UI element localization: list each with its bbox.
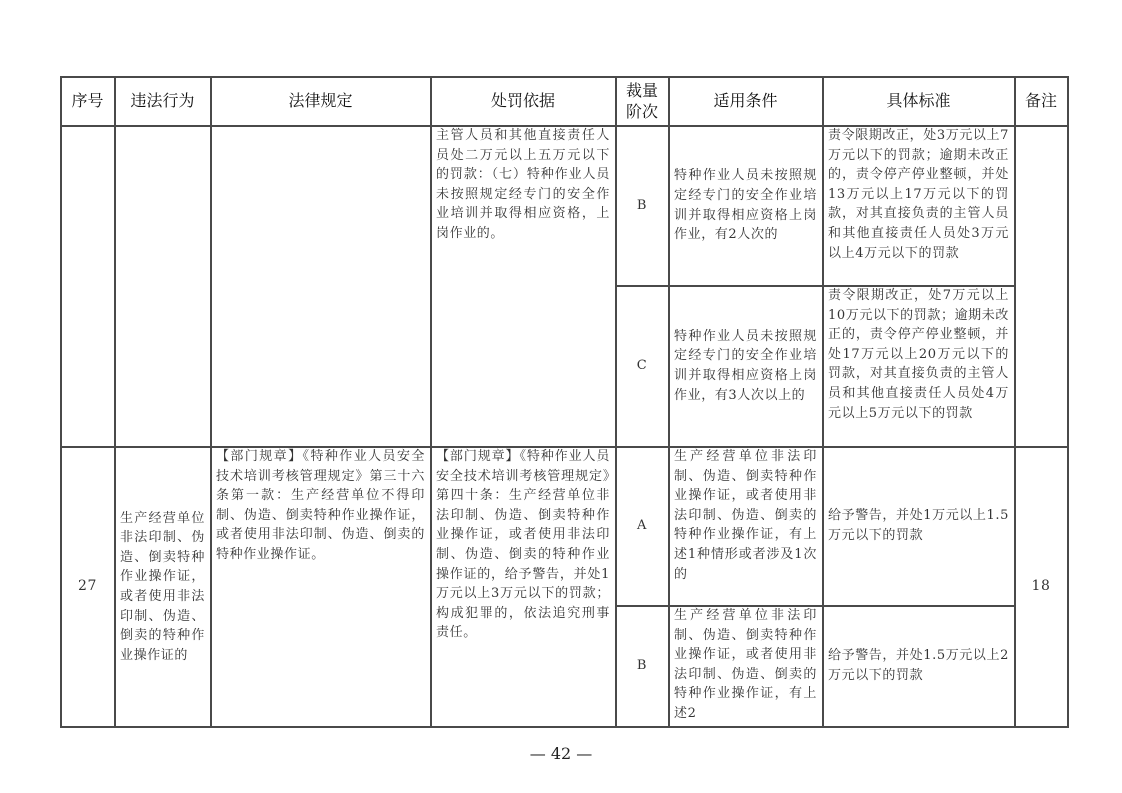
row-27-standard-a: 给予警告，并处1万元以上1.5万元以下的罚款 [823,447,1014,605]
row-26-standard-c: 责令限期改正，处7万元以上10万元以下的罚款；逾期未改正的，责令停产停业整顿，并… [823,286,1014,446]
header-remarks: 备注 [1015,77,1067,125]
header-violation: 违法行为 [115,77,210,125]
document-page: 序号 违法行为 法律规定 处罚依据 裁量 阶次 适用条件 具体标准 备注 主管人… [0,0,1122,793]
standard-text: 给予警告，并处1.5万元以上2万元以下的罚款 [828,646,1009,685]
row-26-penalty-basis: 主管人员和其他直接责任人员处二万元以上五万元以下的罚款：（七）特种作业人员未按照… [431,126,615,446]
row-27-violation: 生产经营单位非法印制、伪造、倒卖特种作业操作证，或者使用非法印制、伪造、倒卖的特… [115,447,210,727]
header-legal-provision: 法律规定 [211,77,430,125]
page-number: — 42 — [0,744,1122,763]
condition-text: 特种作业人员未按照规定经专门的安全作业培训并取得相应资格上岗作业，有3人次以上的 [674,327,817,405]
header-penalty-basis: 处罚依据 [431,77,615,125]
header-specific-standard: 具体标准 [823,77,1014,125]
row-27-seq: 27 [61,447,114,727]
row-27-level-b: B [616,606,668,726]
row-27-standard-b: 给予警告，并处1.5万元以上2万元以下的罚款 [823,606,1014,726]
violation-text: 生产经营单位非法印制、伪造、倒卖特种作业操作证，或者使用非法印制、伪造、倒卖的特… [120,509,205,666]
header-applicable-conditions: 适用条件 [669,77,822,125]
row-26-level-b: B [616,126,668,285]
standard-text: 给予警告，并处1万元以上1.5万元以下的罚款 [828,506,1009,545]
col-line-8 [1067,76,1069,727]
header-discretion-level: 裁量 阶次 [616,77,668,125]
condition-text: 特种作业人员未按照规定经专门的安全作业培训并取得相应资格上岗作业，有2人次的 [674,166,817,244]
row-27-condition-b: 生产经营单位非法印制、伪造、倒卖特种作业操作证，或者使用非法印制、伪造、倒卖的特… [669,606,822,726]
row-26-condition-c: 特种作业人员未按照规定经专门的安全作业培训并取得相应资格上岗作业，有3人次以上的 [669,286,822,446]
row-26-standard-b: 责令限期改正，处3万元以上7万元以下的罚款；逾期未改正的，责令停产停业整顿，并处… [823,126,1014,285]
row-27-legal-provision: 【部门规章】《特种作业人员安全技术培训考核管理规定》第三十六条第一款：生产经营单… [211,447,430,727]
row-26-level-c: C [616,286,668,446]
header-seq: 序号 [61,77,114,125]
row-27-condition-a: 生产经营单位非法印制、伪造、倒卖特种作业操作证，或者使用非法印制、伪造、倒卖的特… [669,447,822,605]
row-27-penalty-basis: 【部门规章】《特种作业人员安全技术培训考核管理规定》第四十条：生产经营单位非法印… [431,447,615,727]
row-27-level-a: A [616,447,668,605]
row-27-remarks: 18 [1015,447,1067,727]
row-26-condition-b: 特种作业人员未按照规定经专门的安全作业培训并取得相应资格上岗作业，有2人次的 [669,126,822,285]
